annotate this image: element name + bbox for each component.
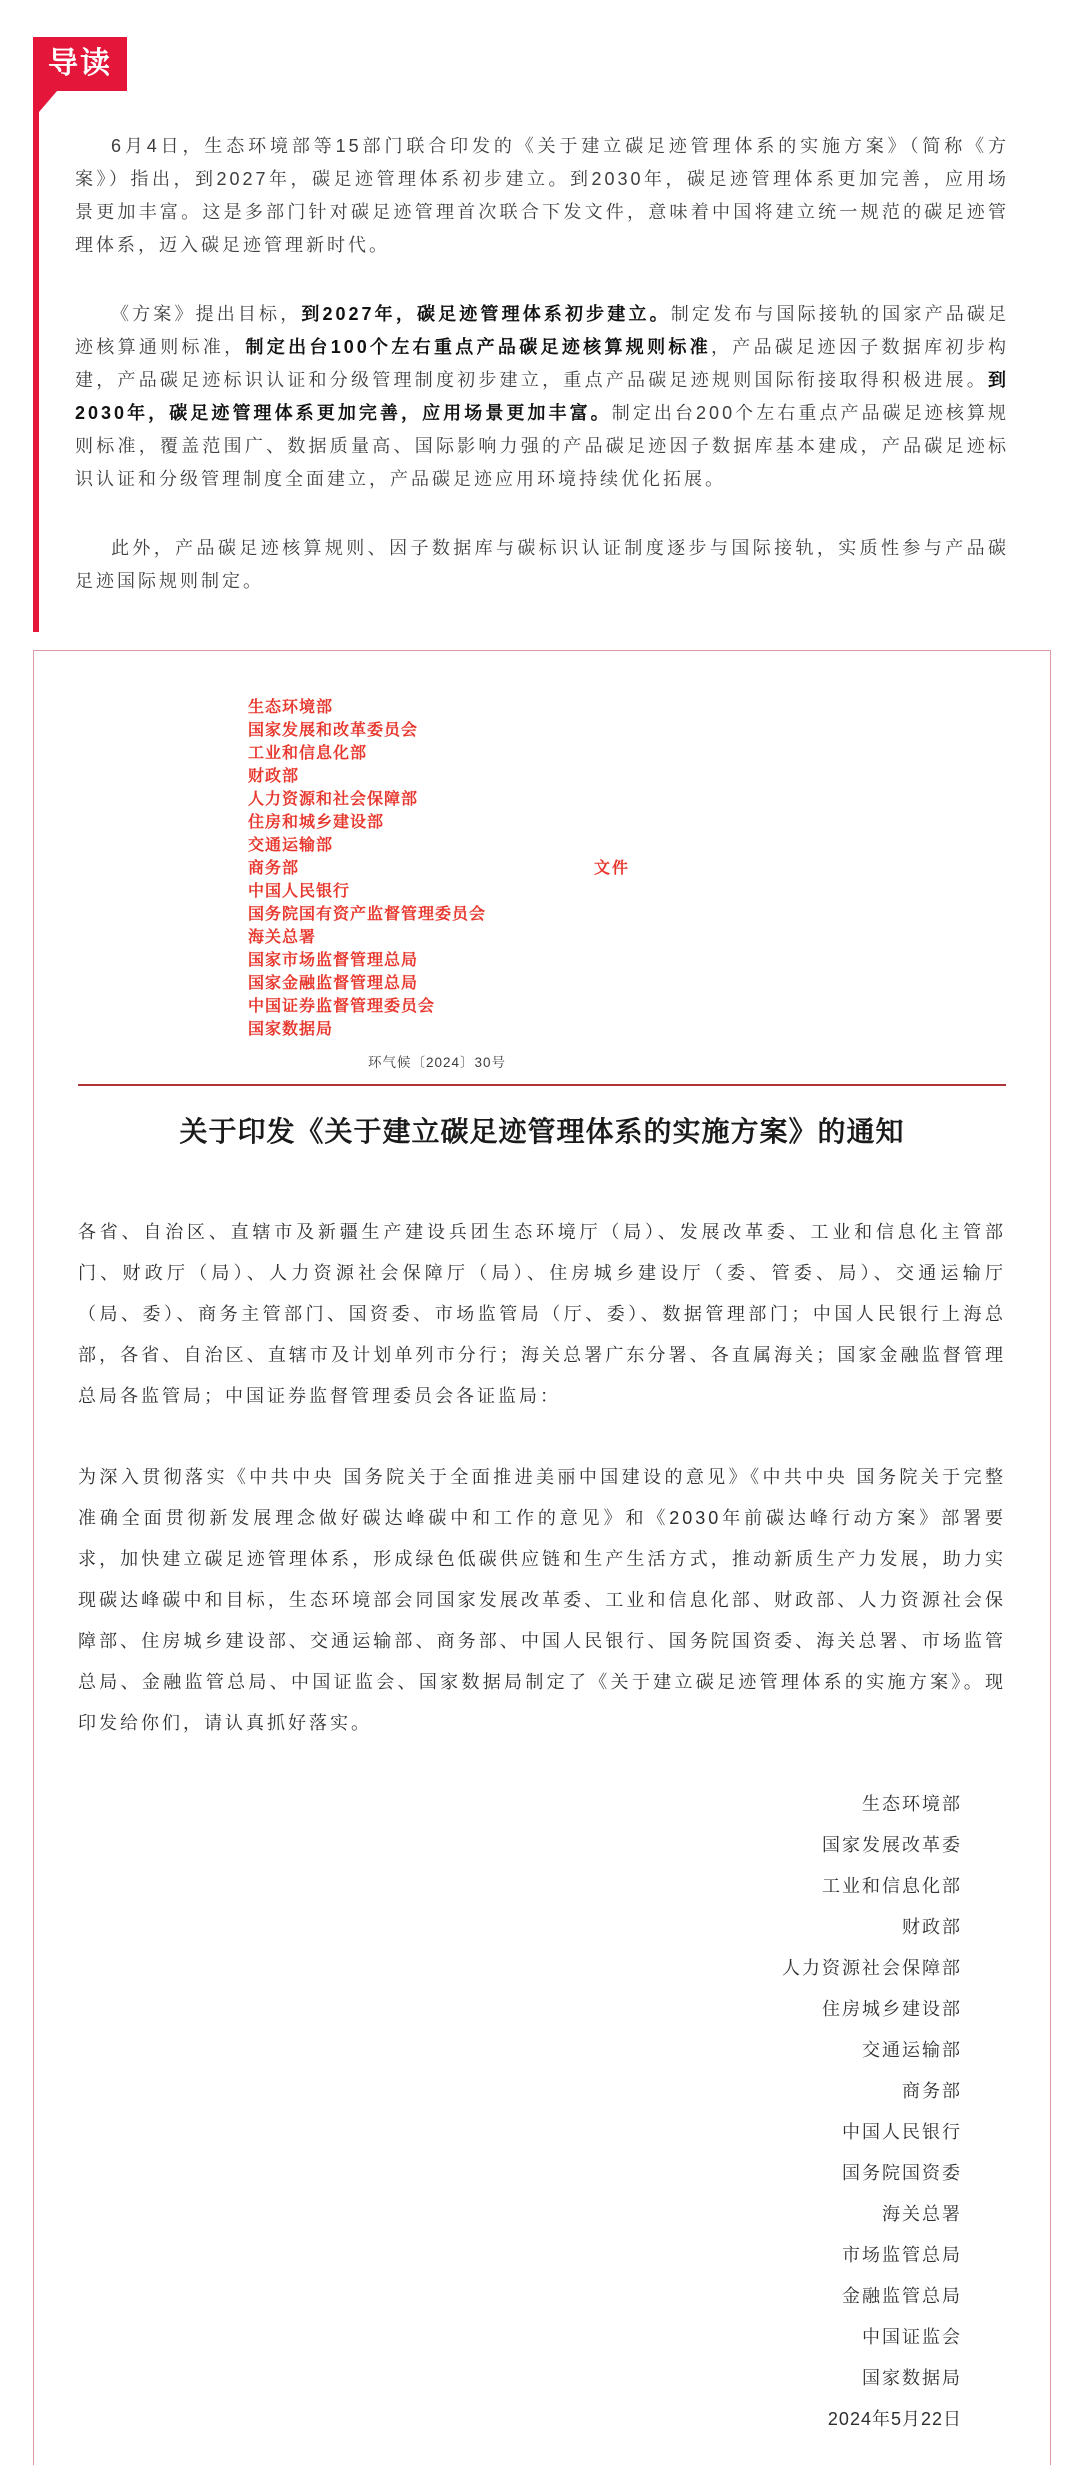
letterhead-agency: 生态环境部 — [248, 696, 1006, 719]
letterhead-agency: 工业和信息化部 — [248, 742, 1006, 765]
letterhead-agency: 海关总署 — [248, 926, 1006, 949]
signature-agency: 中国证监会 — [78, 2317, 962, 2358]
intro-badge: 导读 — [33, 37, 127, 91]
text-segment: 为深入贯彻落实《中共中央 国务院关于全面推进美丽中国建设的意见》《中共中央 国务… — [78, 1467, 1006, 1733]
signature-agency: 市场监管总局 — [78, 2235, 962, 2276]
signature-agency: 住房城乡建设部 — [78, 1989, 962, 2030]
letterhead-agency: 国家发展和改革委员会 — [248, 719, 1006, 742]
signature-agency: 工业和信息化部 — [78, 1866, 962, 1907]
bold-text-segment: 制定出台100个左右重点产品碳足迹核算规则标准 — [245, 337, 711, 357]
signature-agency: 国家数据局 — [78, 2358, 962, 2399]
doc-date: 2024年5月22日 — [78, 2399, 1006, 2440]
intro-paragraph: 6月4日，生态环境部等15部门联合印发的《关于建立碳足迹管理体系的实施方案》（简… — [75, 130, 1009, 262]
intro-paragraph: 此外，产品碳足迹核算规则、因子数据库与碳标识认证制度逐步与国际接轨，实质性参与产… — [75, 532, 1009, 598]
doc-body-paragraph: 为深入贯彻落实《中共中央 国务院关于全面推进美丽中国建设的意见》《中共中央 国务… — [78, 1457, 1006, 1744]
doc-body-paragraph: 各省、自治区、直辖市及新疆生产建设兵团生态环境厅（局）、发展改革委、工业和信息化… — [78, 1212, 1006, 1417]
intro-paragraph: 《方案》提出目标，到2027年，碳足迹管理体系初步建立。制定发布与国际接轨的国家… — [75, 298, 1009, 496]
intro-accent-bar — [33, 91, 39, 632]
signature-agency: 交通运输部 — [78, 2030, 962, 2071]
signature-agency: 海关总署 — [78, 2194, 962, 2235]
letterhead: 生态环境部国家发展和改革委员会工业和信息化部财政部人力资源和社会保障部住房和城乡… — [78, 696, 1006, 1041]
signature-agency: 国家发展改革委 — [78, 1825, 962, 1866]
signature-agency: 生态环境部 — [78, 1784, 962, 1825]
doc-body: 各省、自治区、直辖市及新疆生产建设兵团生态环境厅（局）、发展改革委、工业和信息化… — [78, 1212, 1006, 1744]
text-segment: 《方案》提出目标， — [111, 304, 301, 324]
letterhead-agency: 人力资源和社会保障部 — [248, 788, 1006, 811]
signature-agency: 中国人民银行 — [78, 2112, 962, 2153]
official-document-box: 生态环境部国家发展和改革委员会工业和信息化部财政部人力资源和社会保障部住房和城乡… — [33, 650, 1051, 2465]
letterhead-agency: 财政部 — [248, 765, 1006, 788]
letterhead-divider — [78, 1084, 1006, 1086]
page: 导读 6月4日，生态环境部等15部门联合印发的《关于建立碳足迹管理体系的实施方案… — [0, 0, 1084, 2465]
letterhead-agency: 中国人民银行 — [248, 880, 1006, 903]
doc-number: 环气候〔2024〕30号 — [368, 1053, 1006, 1073]
signature-agency: 金融监管总局 — [78, 2276, 962, 2317]
text-segment: 6月4日，生态环境部等15部门联合印发的《关于建立碳足迹管理体系的实施方案》（简… — [75, 136, 1009, 255]
letterhead-agency: 国家数据局 — [248, 1018, 1006, 1041]
letterhead-agency: 中国证券监督管理委员会 — [248, 995, 1006, 1018]
bold-text-segment: 到2027年，碳足迹管理体系初步建立。 — [301, 304, 670, 324]
signature-list: 生态环境部国家发展改革委工业和信息化部财政部人力资源社会保障部住房城乡建设部交通… — [78, 1784, 1006, 2399]
letterhead-agency: 住房和城乡建设部 — [248, 811, 1006, 834]
text-segment: 各省、自治区、直辖市及新疆生产建设兵团生态环境厅（局）、发展改革委、工业和信息化… — [78, 1222, 1006, 1406]
signature-agency: 商务部 — [78, 2071, 962, 2112]
text-segment: 此外，产品碳足迹核算规则、因子数据库与碳标识认证制度逐步与国际接轨，实质性参与产… — [75, 538, 1009, 591]
letterhead-agency: 国务院国有资产监督管理委员会 — [248, 903, 1006, 926]
intro-section: 6月4日，生态环境部等15部门联合印发的《关于建立碳足迹管理体系的实施方案》（简… — [75, 130, 1009, 598]
signature-agency: 人力资源社会保障部 — [78, 1948, 962, 1989]
letterhead-agency: 国家金融监督管理总局 — [248, 972, 1006, 995]
letterhead-agency-list: 生态环境部国家发展和改革委员会工业和信息化部财政部人力资源和社会保障部住房和城乡… — [78, 696, 1006, 1041]
signature-agency: 国务院国资委 — [78, 2153, 962, 2194]
letterhead-agency: 国家市场监督管理总局 — [248, 949, 1006, 972]
signature-agency: 财政部 — [78, 1907, 962, 1948]
letterhead-agency: 交通运输部 — [248, 834, 1006, 857]
letterhead-file-label: 文件 — [594, 857, 630, 880]
doc-title: 关于印发《关于建立碳足迹管理体系的实施方案》的通知 — [78, 1112, 1006, 1152]
